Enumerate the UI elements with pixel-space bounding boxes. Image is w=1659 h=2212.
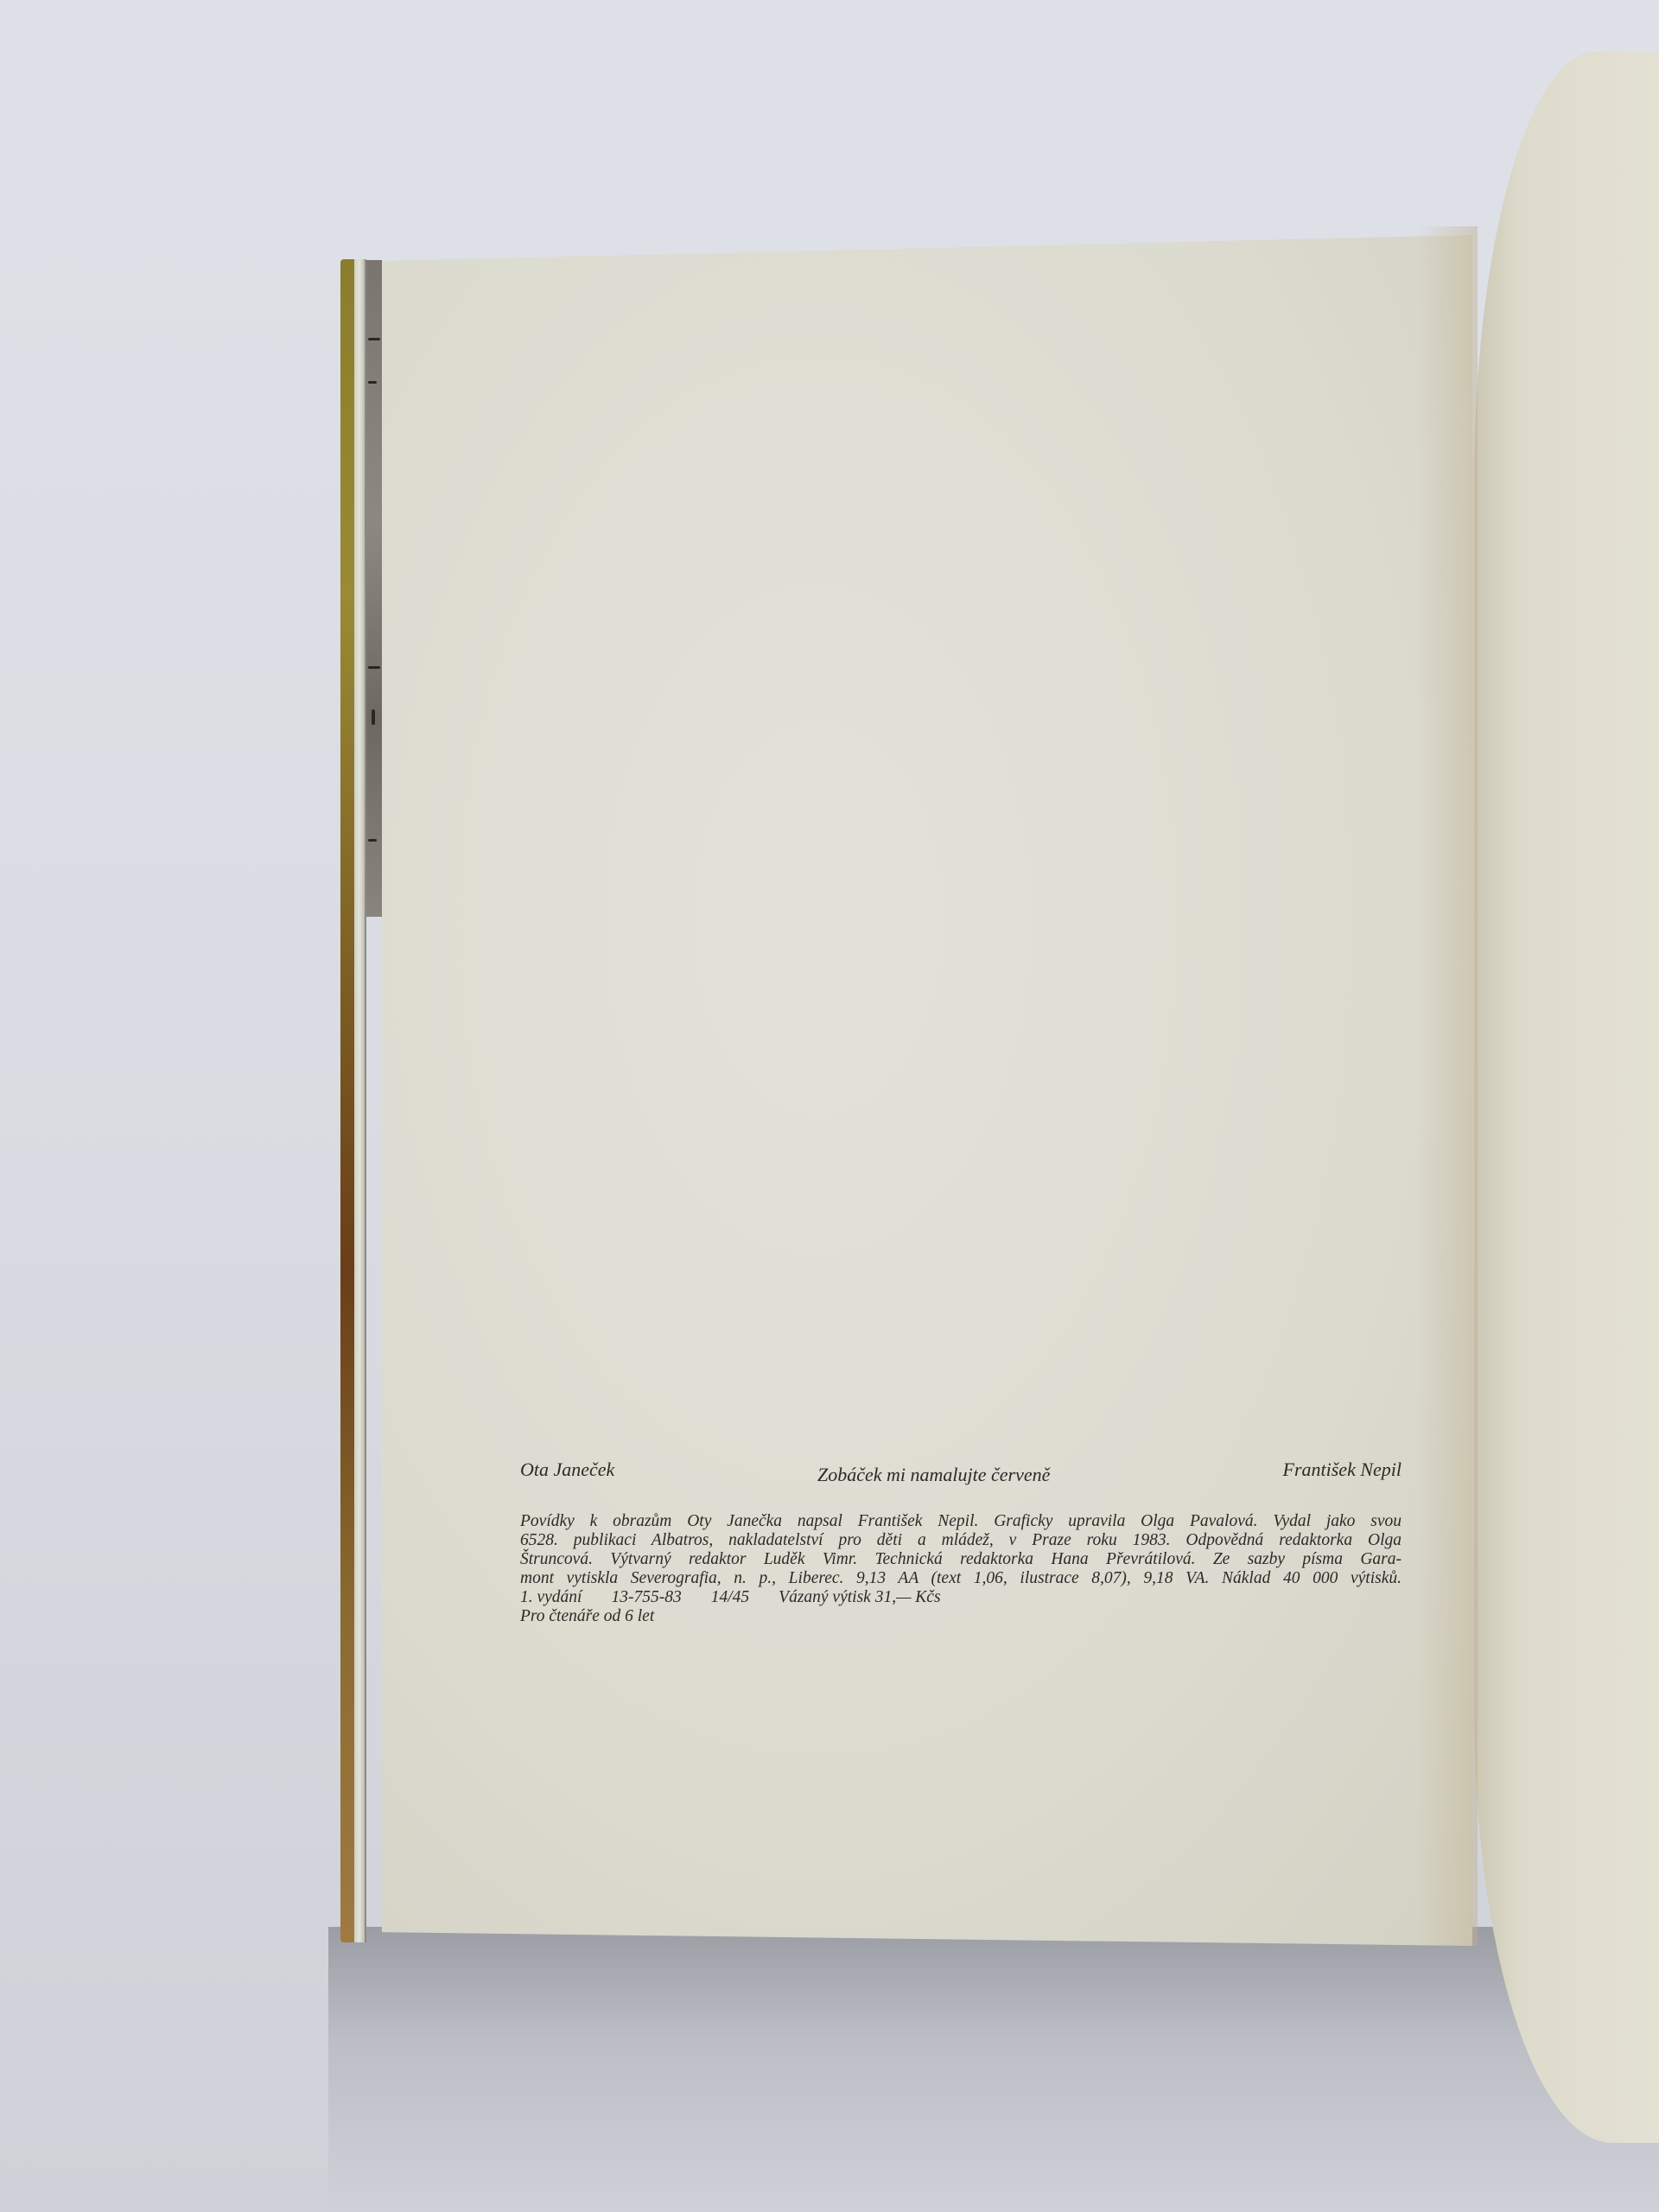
- readership-line: Pro čtenáře od 6 let: [520, 1607, 1402, 1626]
- colophon-line: 6528. publikaci Albatros, nakladatelství…: [520, 1531, 1402, 1550]
- edition-code: 13-755-83: [611, 1588, 681, 1606]
- book-title: Zobáček mi namalujte červeně: [817, 1464, 1050, 1486]
- illustration-mark: [368, 381, 377, 384]
- edition-label: 1. vydání: [520, 1588, 582, 1606]
- edition-line: 1. vydání13-755-8314/45Vázaný výtisk 31,…: [520, 1588, 1402, 1607]
- page-gutter-shading: [1417, 226, 1478, 1946]
- illustration-mark: [368, 666, 380, 669]
- illustration-mark: [368, 338, 380, 340]
- colophon-line: mont vytiskla Severografia, n. p., Liber…: [520, 1569, 1402, 1588]
- colophon-block: Ota Janeček Zobáček mi namalujte červeně…: [520, 1459, 1402, 1626]
- author-name: František Nepil: [1283, 1459, 1402, 1481]
- colophon-text: Povídky k obrazům Oty Janečka napsal Fra…: [520, 1512, 1402, 1626]
- illustrator-name: Ota Janeček: [520, 1459, 614, 1481]
- price: Vázaný výtisk 31,— Kčs: [779, 1588, 940, 1606]
- illustration-mark: [372, 709, 375, 725]
- book-cover-edge: [340, 259, 354, 1942]
- table-shadow: [328, 1927, 1659, 2212]
- facing-page: [1474, 52, 1659, 2143]
- title-line: Ota Janeček Zobáček mi namalujte červeně…: [520, 1459, 1402, 1493]
- book-page: [382, 235, 1472, 1946]
- edition-number: 14/45: [711, 1588, 749, 1606]
- illustration-mark: [368, 839, 377, 842]
- colophon-line: Štruncová. Výtvarný redaktor Luděk Vimr.…: [520, 1550, 1402, 1569]
- colophon-line: Povídky k obrazům Oty Janečka napsal Fra…: [520, 1512, 1402, 1531]
- illustration-strip: [366, 260, 382, 917]
- endpaper-edge: [354, 259, 366, 1942]
